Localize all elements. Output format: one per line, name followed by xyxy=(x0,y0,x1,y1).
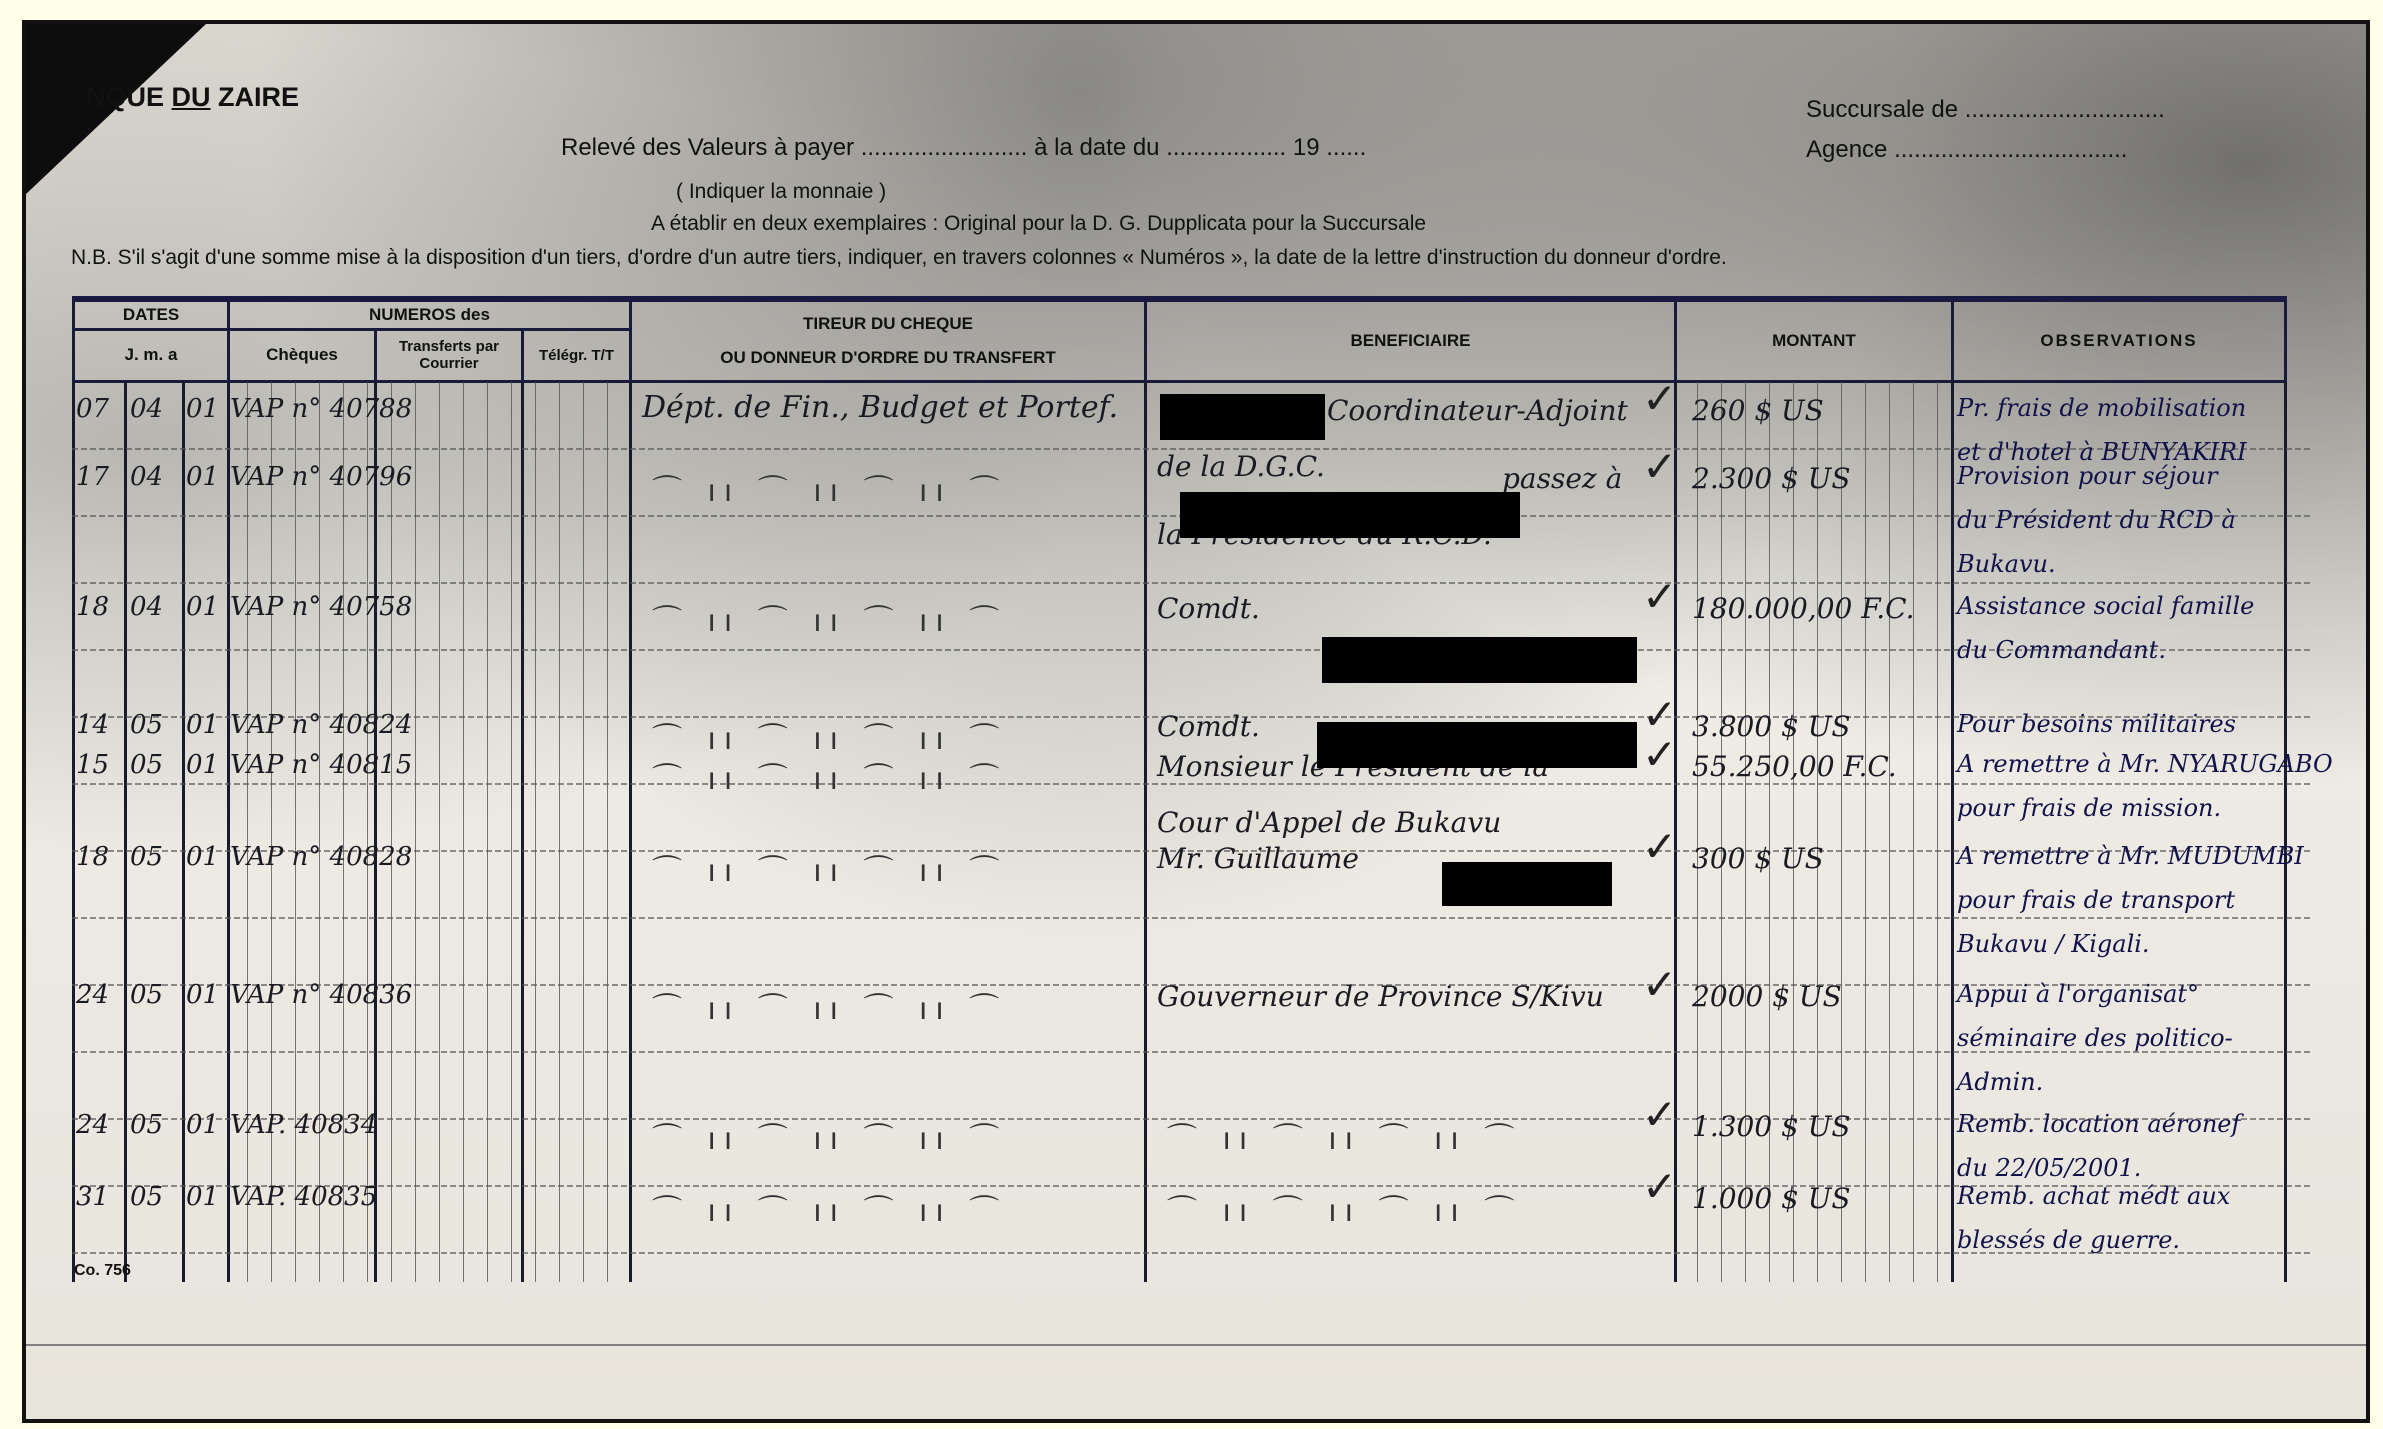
row-rule xyxy=(72,783,2312,785)
paper-edge xyxy=(26,1344,2366,1346)
observation-line: du 22/05/2001. xyxy=(1957,1154,2141,1182)
ditto-marks: ⌒ ıı ⌒ ıı ⌒ ıı ⌒ xyxy=(652,846,1007,890)
amount: 180.000,00 F.C. xyxy=(1692,592,1915,625)
column-rule xyxy=(1144,382,1147,1282)
digit-rule xyxy=(1721,382,1722,1282)
digit-rule xyxy=(439,382,440,1282)
date-day: 17 xyxy=(76,462,109,492)
beneficiary-line1: Mr. Guillaume xyxy=(1157,842,1359,875)
cheque-number: VAP n° 40758 xyxy=(230,592,412,622)
col-montant: MONTANT xyxy=(1676,299,1953,381)
observation-line: séminaire des politico- xyxy=(1957,1024,2233,1052)
date-year: 01 xyxy=(186,462,219,492)
amount: 300 $ US xyxy=(1692,842,1824,875)
col-telegr: Télégr. T/T xyxy=(523,329,631,381)
date-day: 24 xyxy=(76,980,109,1010)
cheque-number: VAP. 40834 xyxy=(230,1110,377,1140)
observation-line: pour frais de transport xyxy=(1957,886,2235,914)
observation-line: Assistance social famille xyxy=(1957,592,2254,620)
digit-rule xyxy=(487,382,488,1282)
observation-line: Appui à l'organisat° xyxy=(1957,980,2199,1008)
observation-line: du Commandant. xyxy=(1957,636,2166,664)
date-year: 01 xyxy=(186,842,219,872)
agence-field: Agence .................................… xyxy=(1806,136,2127,164)
redaction-box xyxy=(1322,637,1637,683)
amount: 2.300 $ US xyxy=(1692,462,1851,495)
ditto-marks: ⌒ ıı ⌒ ıı ⌒ ıı ⌒ xyxy=(652,596,1007,640)
digit-rule xyxy=(415,382,416,1282)
table-body: 070401VAP n° 40788Dépt. de Fin., Budget … xyxy=(72,382,2312,1282)
check-mark-icon: ✓ xyxy=(1642,1090,1677,1139)
ditto-marks: ⌒ ıı ⌒ ıı ⌒ ıı ⌒ xyxy=(1167,1114,1522,1158)
redaction-box xyxy=(1442,862,1612,906)
observation-line: Pr. frais de mobilisation xyxy=(1957,394,2246,422)
col-dates: DATES xyxy=(74,299,229,329)
amount: 1.000 $ US xyxy=(1692,1182,1851,1215)
digit-rule xyxy=(271,382,272,1282)
date-year: 01 xyxy=(186,710,219,740)
digit-rule xyxy=(511,382,512,1282)
date-day: 15 xyxy=(76,750,109,780)
ditto-marks: ⌒ ıı ⌒ ıı ⌒ ıı ⌒ xyxy=(652,984,1007,1028)
digit-rule xyxy=(463,382,464,1282)
digit-rule xyxy=(1841,382,1842,1282)
digit-rule xyxy=(367,382,368,1282)
column-rule xyxy=(227,382,230,1282)
date-year: 01 xyxy=(186,394,219,424)
ditto-marks: ⌒ ıı ⌒ ıı ⌒ ıı ⌒ xyxy=(652,714,1007,758)
redaction-box xyxy=(1180,492,1520,538)
observation-line: Admin. xyxy=(1957,1068,2043,1096)
column-rule xyxy=(521,382,524,1282)
col-beneficiaire: BENEFICIAIRE xyxy=(1146,299,1676,381)
observation-line: Bukavu / Kigali. xyxy=(1957,930,2150,958)
digit-rule xyxy=(295,382,296,1282)
observation-line: Bukavu. xyxy=(1957,550,2056,578)
date-month: 05 xyxy=(130,842,163,872)
observation-line: du Président du RCD à xyxy=(1957,506,2236,534)
check-mark-icon: ✓ xyxy=(1642,730,1677,779)
digit-rule xyxy=(1937,382,1938,1282)
col-cheques: Chèques xyxy=(229,329,376,381)
amount: 260 $ US xyxy=(1692,394,1824,427)
beneficiary-line1: Comdt. xyxy=(1157,710,1260,743)
date-month: 04 xyxy=(130,462,163,492)
date-day: 14 xyxy=(76,710,109,740)
bank-name: NQUE DU ZAIRE xyxy=(86,82,299,113)
date-year: 01 xyxy=(186,1182,219,1212)
check-mark-icon: ✓ xyxy=(1642,442,1677,491)
date-month: 05 xyxy=(130,1110,163,1140)
tireur-text: Dépt. de Fin., Budget et Portef. xyxy=(642,390,1118,425)
amount: 2000 $ US xyxy=(1692,980,1842,1013)
observation-line: pour frais de mission. xyxy=(1957,794,2221,822)
check-mark-icon: ✓ xyxy=(1642,374,1677,423)
digit-rule xyxy=(1889,382,1890,1282)
digit-rule xyxy=(1769,382,1770,1282)
observation-line: blessés de guerre. xyxy=(1957,1226,2180,1254)
digit-rule xyxy=(559,382,560,1282)
succursale-field: Succursale de ..........................… xyxy=(1806,96,2165,124)
date-day: 24 xyxy=(76,1110,109,1140)
date-year: 01 xyxy=(186,750,219,780)
column-rule xyxy=(1951,382,1954,1282)
digit-rule xyxy=(1913,382,1914,1282)
form-code: Co. 756 xyxy=(74,1262,131,1280)
date-day: 07 xyxy=(76,394,109,424)
date-month: 05 xyxy=(130,710,163,740)
cheque-number: VAP. 40835 xyxy=(230,1182,377,1212)
cheque-number: VAP n° 40815 xyxy=(230,750,412,780)
amount: 3.800 $ US xyxy=(1692,710,1851,743)
cheque-number: VAP n° 40796 xyxy=(230,462,412,492)
digit-rule xyxy=(1817,382,1818,1282)
row-rule xyxy=(72,582,2312,584)
digit-rule xyxy=(319,382,320,1282)
column-rule xyxy=(72,382,75,1282)
nb-note: N.B. S'il s'agit d'une somme mise à la d… xyxy=(71,246,1727,270)
redaction-box xyxy=(1317,722,1637,768)
digit-rule xyxy=(535,382,536,1282)
date-month: 05 xyxy=(130,1182,163,1212)
date-day: 31 xyxy=(76,1182,109,1212)
table-header: DATES NUMEROS des TIREUR DU CHEQUEOU DON… xyxy=(72,296,2287,383)
column-rule xyxy=(2284,382,2287,1282)
digit-rule xyxy=(343,382,344,1282)
column-rule xyxy=(182,382,185,1282)
check-mark-icon: ✓ xyxy=(1642,1162,1677,1211)
date-year: 01 xyxy=(186,980,219,1010)
cheque-number: VAP n° 40788 xyxy=(230,394,412,424)
col-dates-sub: J. m. a xyxy=(74,329,229,381)
date-day: 18 xyxy=(76,842,109,872)
digit-rule xyxy=(1697,382,1698,1282)
currency-note: ( Indiquer la monnaie ) xyxy=(676,180,886,204)
date-year: 01 xyxy=(186,592,219,622)
date-month: 04 xyxy=(130,394,163,424)
observation-line: Remb. location aéronef xyxy=(1957,1110,2240,1138)
column-rule xyxy=(374,382,377,1282)
observation-line: Pour besoins militaires xyxy=(1957,710,2236,738)
observation-line: Provision pour séjour xyxy=(1957,462,2218,490)
check-mark-icon: ✓ xyxy=(1642,960,1677,1009)
col-numeros: NUMEROS des xyxy=(229,299,631,329)
redaction-box xyxy=(1160,394,1325,440)
ditto-marks: ⌒ ıı ⌒ ıı ⌒ ıı ⌒ xyxy=(652,1114,1007,1158)
observation-line: Remb. achat médt aux xyxy=(1957,1182,2230,1210)
digit-rule xyxy=(1793,382,1794,1282)
cheque-number: VAP n° 40824 xyxy=(230,710,412,740)
cheque-number: VAP n° 40828 xyxy=(230,842,412,872)
cheque-number: VAP n° 40836 xyxy=(230,980,412,1010)
digit-rule xyxy=(583,382,584,1282)
date-year: 01 xyxy=(186,1110,219,1140)
document-photo-frame: NQUE DU ZAIRE Relevé des Valeurs à payer… xyxy=(22,20,2370,1423)
beneficiary-line1: Coordinateur-Adjoint xyxy=(1327,394,1628,427)
beneficiary-line1: Comdt. xyxy=(1157,592,1260,625)
amount: 55.250,00 F.C. xyxy=(1692,750,1897,783)
copies-note: A établir en deux exemplaires : Original… xyxy=(651,212,1426,236)
observation-line: A remettre à Mr. MUDUMBI xyxy=(1957,842,2304,870)
col-tireur: TIREUR DU CHEQUEOU DONNEUR D'ORDRE DU TR… xyxy=(631,299,1146,381)
form-title: Relevé des Valeurs à payer .............… xyxy=(561,134,1366,162)
ditto-marks: ⌒ ıı ⌒ ıı ⌒ ıı ⌒ xyxy=(652,1186,1007,1230)
col-transferts: Transferts par Courrier xyxy=(376,329,523,381)
beneficiary-line2: Cour d'Appel de Bukavu xyxy=(1157,806,1501,839)
digit-rule xyxy=(607,382,608,1282)
beneficiary-line1: Gouverneur de Province S/Kivu xyxy=(1157,980,1604,1013)
digit-rule xyxy=(247,382,248,1282)
date-month: 05 xyxy=(130,980,163,1010)
row-rule xyxy=(72,917,2312,919)
observation-line: A remettre à Mr. NYARUGABO xyxy=(1957,750,2333,778)
column-rule xyxy=(629,382,632,1282)
beneficiary-line2: de la D.G.C. xyxy=(1157,450,1325,483)
ditto-marks: ⌒ ıı ⌒ ıı ⌒ ıı ⌒ xyxy=(652,466,1007,510)
amount: 1.300 $ US xyxy=(1692,1110,1851,1143)
check-mark-icon: ✓ xyxy=(1642,822,1677,871)
check-mark-icon: ✓ xyxy=(1642,572,1677,621)
date-month: 04 xyxy=(130,592,163,622)
col-observations: OBSERVATIONS xyxy=(1953,299,2286,381)
digit-rule xyxy=(1745,382,1746,1282)
column-rule xyxy=(124,382,127,1282)
beneficiary-line1: passez à xyxy=(1502,462,1622,495)
digit-rule xyxy=(391,382,392,1282)
ditto-marks: ⌒ ıı ⌒ ıı ⌒ ıı ⌒ xyxy=(652,754,1007,798)
date-month: 05 xyxy=(130,750,163,780)
digit-rule xyxy=(1865,382,1866,1282)
ditto-marks: ⌒ ıı ⌒ ıı ⌒ ıı ⌒ xyxy=(1167,1186,1522,1230)
date-day: 18 xyxy=(76,592,109,622)
